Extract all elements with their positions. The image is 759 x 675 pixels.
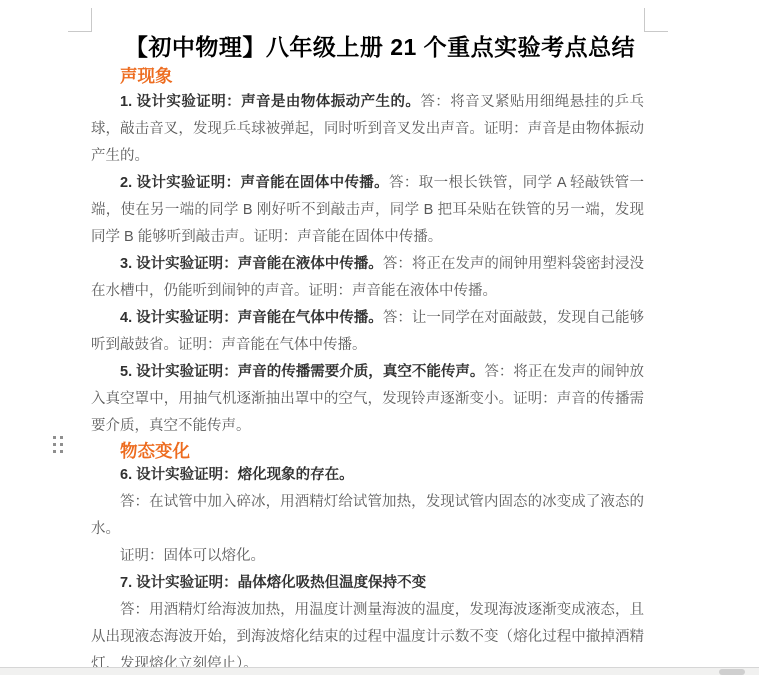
document-body: 【初中物理】八年级上册 21 个重点实验考点总结 声现象 1. 设计实验证明：声… (91, 0, 644, 675)
experiment-paragraph-2[interactable]: 2. 设计实验证明：声音能在固体中传播。答：取一根长铁管，同学 A 轻敲铁管一端… (91, 170, 644, 251)
experiment-paragraph-7-title[interactable]: 7. 设计实验证明：晶体熔化吸热但温度保持不变 (91, 570, 644, 597)
paragraph-2-lead: 2. 设计实验证明：声音能在固体中传播。 (120, 175, 389, 191)
experiment-paragraph-1[interactable]: 1. 设计实验证明：声音是由物体振动产生的。答：将音叉紧贴用细绳悬挂的乒乓球，敲… (91, 89, 644, 170)
document-title[interactable]: 【初中物理】八年级上册 21 个重点实验考点总结 (116, 33, 644, 61)
paragraph-5-lead: 5. 设计实验证明：声音的传播需要介质，真空不能传声。 (120, 364, 484, 380)
horizontal-scrollbar[interactable] (0, 667, 759, 675)
experiment-paragraph-4[interactable]: 4. 设计实验证明：声音能在气体中传播。答：让一同学在对面敲鼓，发现自己能够听到… (91, 305, 644, 359)
section-heading-sound-phenomena[interactable]: 声现象 (120, 65, 644, 87)
experiment-paragraph-7-answer[interactable]: 答：用酒精灯给海波加热，用温度计测量海波的温度，发现海波逐渐变成液态，且从出现液… (91, 597, 644, 675)
margin-corner-mark-right-icon (644, 8, 668, 32)
experiment-paragraph-6-answer[interactable]: 答：在试管中加入碎冰，用酒精灯给试管加热，发现试管内固态的冰变成了液态的水。 (91, 489, 644, 543)
horizontal-scrollbar-thumb[interactable] (719, 669, 745, 675)
experiment-paragraph-6-title[interactable]: 6. 设计实验证明：熔化现象的存在。 (91, 462, 644, 489)
experiment-paragraph-6-proof[interactable]: 证明：固体可以熔化。 (91, 543, 644, 570)
paragraph-4-lead: 4. 设计实验证明：声音能在气体中传播。 (120, 310, 383, 326)
paragraph-7-lead: 7. 设计实验证明：晶体熔化吸热但温度保持不变 (120, 575, 426, 591)
margin-corner-mark-left-icon (68, 8, 92, 32)
experiment-paragraph-5[interactable]: 5. 设计实验证明：声音的传播需要介质，真空不能传声。答：将正在发声的闹钟放入真… (91, 359, 644, 440)
section-heading-state-change[interactable]: 物态变化 (120, 440, 644, 462)
paragraph-7-answer-text: 答：用酒精灯给海波加热，用温度计测量海波的温度，发现海波逐渐变成液态，且从出现液… (91, 602, 644, 672)
paragraph-6-proof-text: 证明：固体可以熔化。 (120, 548, 265, 564)
drag-handle-icon[interactable] (53, 436, 63, 453)
paragraph-6-answer-text: 答：在试管中加入碎冰，用酒精灯给试管加热，发现试管内固态的冰变成了液态的水。 (91, 494, 644, 537)
experiment-paragraph-3[interactable]: 3. 设计实验证明：声音能在液体中传播。答：将正在发声的闹钟用塑料袋密封浸没在水… (91, 251, 644, 305)
paragraph-1-lead: 1. 设计实验证明：声音是由物体振动产生的。 (120, 94, 420, 110)
document-page: 【初中物理】八年级上册 21 个重点实验考点总结 声现象 1. 设计实验证明：声… (0, 0, 759, 675)
paragraph-3-lead: 3. 设计实验证明：声音能在液体中传播。 (120, 256, 383, 272)
paragraph-6-lead: 6. 设计实验证明：熔化现象的存在。 (120, 467, 354, 483)
